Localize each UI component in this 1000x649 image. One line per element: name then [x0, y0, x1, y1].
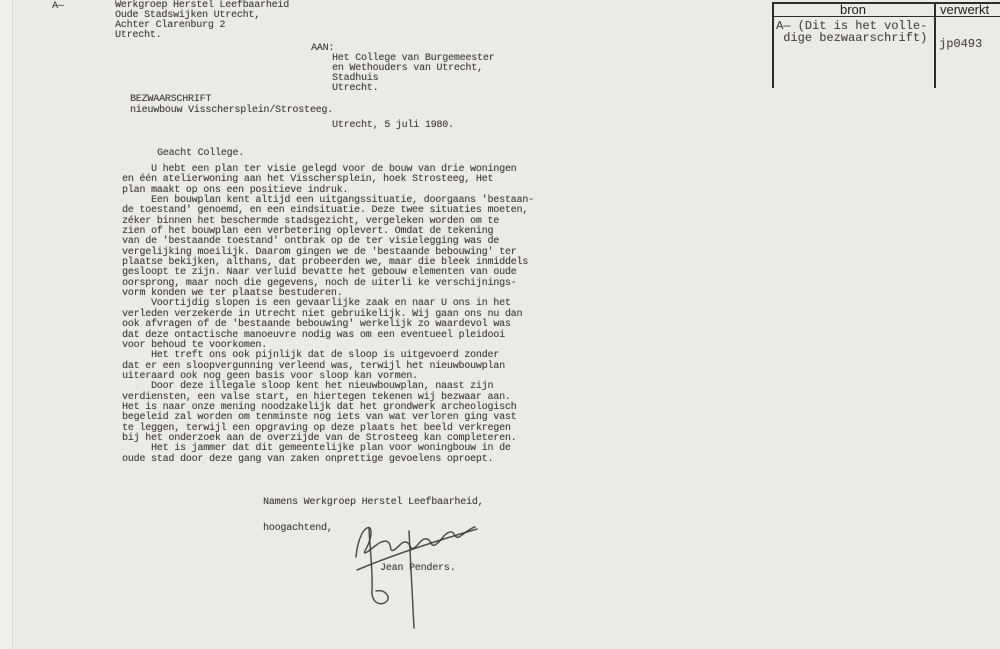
- reference-mark: A—: [52, 2, 64, 12]
- scan-edge-strip: [0, 0, 12, 649]
- letter-body: U hebt een plan ter visie gelegd voor de…: [122, 165, 534, 465]
- sender-address: Werkgroep Herstel Leefbaarheid Oude Stad…: [115, 1, 289, 41]
- subject-block: BEZWAARSCHRIFT nieuwbouw Visschersplein/…: [130, 95, 333, 117]
- table-cell-bron: A— (Dit is het volle- dige bezwaarschrif…: [776, 20, 927, 44]
- table-cell-verwerkt: jp0493: [939, 38, 982, 50]
- recipient-label: AAN:: [311, 44, 334, 54]
- closing-on-behalf: Namens Werkgroep Herstel Leefbaarheid,: [263, 498, 483, 508]
- salutation: Geacht College.: [157, 149, 244, 159]
- dateline: Utrecht, 5 juli 1980.: [332, 121, 454, 131]
- handwritten-signature-icon: [340, 515, 490, 640]
- scan-edge-line: [12, 0, 13, 649]
- closing-valediction: hoogachtend,: [263, 524, 333, 534]
- table-header-verwerkt: verwerkt: [940, 3, 989, 16]
- table-column-divider: [934, 2, 936, 88]
- recipient-address: Het College van Burgemeester en Wethoude…: [332, 54, 494, 94]
- table-header-bron: bron: [772, 3, 934, 16]
- scanned-letter-page: A— Werkgroep Herstel Leefbaarheid Oude S…: [0, 0, 1000, 649]
